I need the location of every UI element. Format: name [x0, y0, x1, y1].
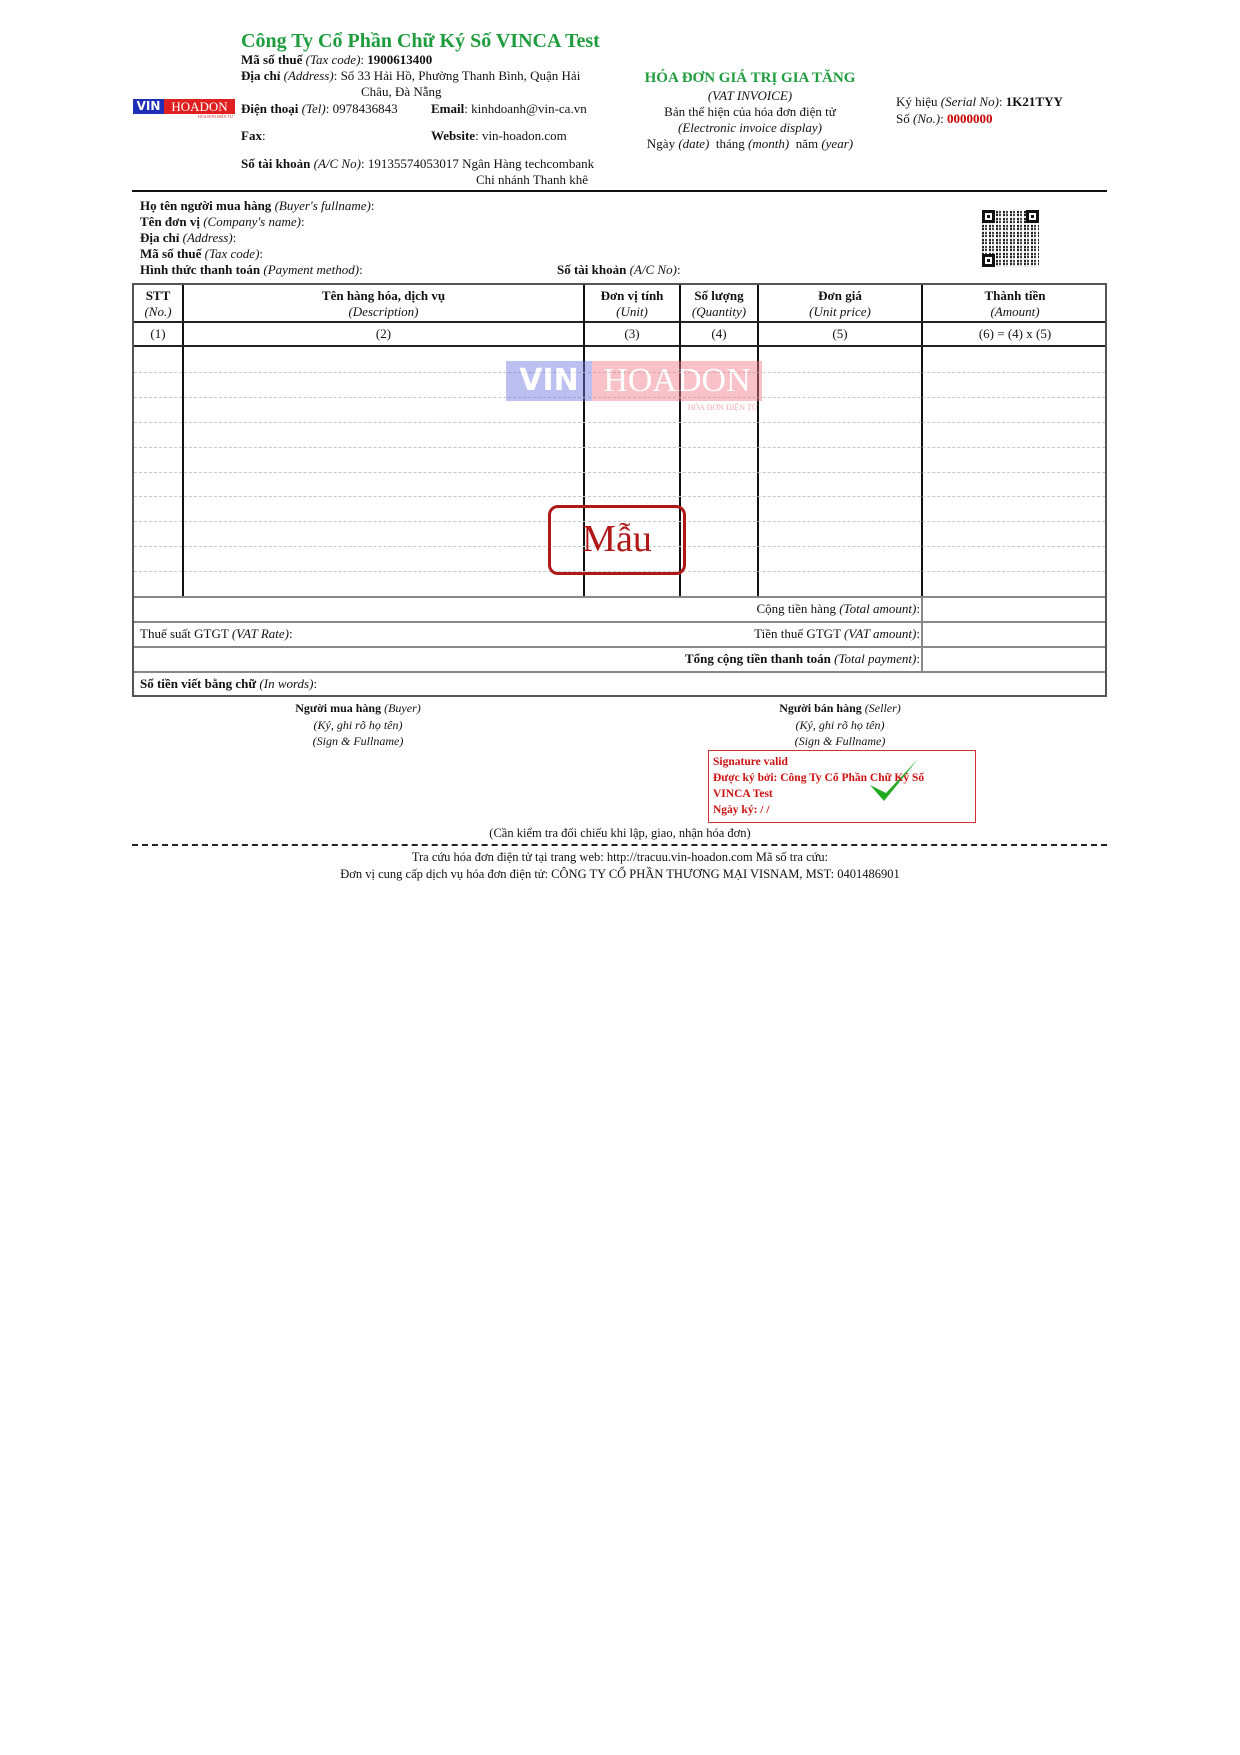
invoice-title-en: (VAT INVOICE) — [600, 88, 900, 104]
row-divider — [134, 671, 1105, 673]
seller-address-cont: Châu, Đà Nẵng — [361, 84, 442, 99]
vat-amount-label: Tiền thuế GTGT (VAT amount): — [754, 626, 920, 642]
col-header-quantity: Số lượng(Quantity) — [681, 288, 757, 320]
seller-tax-code-value: 1900613400 — [367, 52, 432, 67]
buyer-account: Số tài khoản (A/C No): — [557, 262, 681, 278]
signed-by: Được ký bởi: Công Ty Cổ Phần Chữ Ký Số — [713, 770, 971, 786]
seller-tax-code: Mã số thuế (Tax code): 1900613400 — [241, 52, 432, 67]
total-amount-label: Cộng tiền hàng (Total amount): — [757, 601, 920, 617]
col-index-2: (2) — [184, 326, 583, 342]
seller-account-branch: Chi nhánh Thanh khê — [476, 172, 588, 187]
invoice-title-block: HÓA ĐƠN GIÁ TRỊ GIA TĂNG (VAT INVOICE) B… — [600, 68, 900, 152]
sample-stamp: Mẫu — [548, 505, 686, 575]
signed-by-cont: VINCA Test — [713, 786, 971, 802]
invoice-number: Số (No.): 0000000 — [896, 110, 1063, 127]
logo-hoadon: HOADON — [164, 99, 235, 114]
col-index-1: (1) — [134, 326, 182, 342]
items-bottom-line — [134, 596, 1105, 598]
lookup-info: Tra cứu hóa đơn điện tử tại trang web: h… — [0, 850, 1240, 865]
item-row-separator — [134, 447, 1105, 448]
vat-rate-label: Thuế suất GTGT (VAT Rate): — [140, 626, 293, 642]
provider-info: Đơn vị cung cấp dịch vụ hóa đơn điện tử:… — [0, 867, 1240, 882]
footer-separator — [132, 844, 1107, 846]
digital-signature-box[interactable]: Signature valid Được ký bởi: Công Ty Cổ … — [708, 750, 976, 823]
invoice-date: Ngày (date) tháng (month) năm (year) — [600, 136, 900, 152]
logo-vin: VIN — [133, 99, 164, 114]
item-row-separator — [134, 496, 1105, 497]
col-header-description: Tên hàng hóa, dịch vụ(Description) — [184, 288, 583, 320]
seller-website: Website: vin-hoadon.com — [431, 128, 567, 143]
buyer-company: Tên đơn vị (Company's name): — [140, 214, 305, 230]
seller-company-name: Công Ty Cổ Phần Chữ Ký Số VINCA Test — [241, 30, 600, 53]
item-row-separator — [134, 472, 1105, 473]
seller-phone: Điện thoại (Tel): 0978436843 — [241, 101, 398, 116]
col-header-unit-price: Đơn giá(Unit price) — [759, 288, 921, 320]
col-header-unit: Đơn vị tính(Unit) — [585, 288, 679, 320]
header-divider — [132, 190, 1107, 192]
logo-tagline: HÓA ĐƠN ĐIỆN TỬ — [198, 114, 233, 119]
seller-fax: Fax: — [241, 128, 266, 143]
buyer-address: Địa chỉ (Address): — [140, 230, 236, 246]
in-words-label: Số tiền viết bằng chữ (In words): — [140, 676, 317, 692]
qr-code-icon — [982, 210, 1039, 267]
invoice-serial: Ký hiệu (Serial No): 1K21TYY — [896, 93, 1063, 110]
seller-account: Số tài khoản (A/C No): 19135574053017 Ng… — [241, 156, 594, 171]
col-index-6: (6) = (4) x (5) — [923, 326, 1107, 342]
index-divider-row — [134, 345, 1105, 347]
check-note: (Cần kiểm tra đối chiếu khi lập, giao, n… — [0, 826, 1240, 841]
col-divider — [921, 597, 923, 671]
buyer-signature-block: Người mua hàng (Buyer) (Ký, ghi rõ họ tê… — [258, 700, 458, 750]
col-index-4: (4) — [681, 326, 757, 342]
seller-signature-block: Người bán hàng (Seller) (Ký, ghi rõ họ t… — [740, 700, 940, 750]
total-payment-label: Tổng cộng tiền thanh toán (Total payment… — [685, 651, 920, 667]
vinhoadon-logo: VIN HOADON HÓA ĐƠN ĐIỆN TỬ — [133, 99, 235, 121]
col-header-no: STT(No.) — [134, 288, 182, 320]
invoice-items-table: STT(No.) Tên hàng hóa, dịch vụ(Descripti… — [132, 283, 1107, 697]
invoice-serial-block: Ký hiệu (Serial No): 1K21TYY Số (No.): 0… — [896, 93, 1063, 127]
col-index-5: (5) — [759, 326, 921, 342]
item-row-separator — [134, 422, 1105, 423]
col-header-amount: Thành tiền(Amount) — [923, 288, 1107, 320]
header-divider-row — [134, 321, 1105, 323]
signature-status: Signature valid — [713, 754, 971, 770]
buyer-tax-code: Mã số thuế (Tax code): — [140, 246, 263, 262]
seller-address: Địa chỉ (Address): Số 33 Hải Hồ, Phường … — [241, 68, 580, 83]
buyer-payment-method: Hình thức thanh toán (Payment method): — [140, 262, 363, 278]
seller-email: Email: kinhdoanh@vin-ca.vn — [431, 101, 587, 116]
row-divider — [134, 621, 1105, 623]
vinhoadon-watermark: VIN HOADON HÓA ĐƠN ĐIỆN TỬ — [506, 361, 766, 416]
col-index-3: (3) — [585, 326, 679, 342]
invoice-subtitle: Bản thể hiện của hóa đơn điện tử — [600, 104, 900, 120]
buyer-fullname: Họ tên người mua hàng (Buyer's fullname)… — [140, 198, 374, 214]
signed-date: Ngày ký: / / — [713, 802, 971, 818]
invoice-title: HÓA ĐƠN GIÁ TRỊ GIA TĂNG — [600, 68, 900, 88]
invoice-subtitle-en: (Electronic invoice display) — [600, 120, 900, 136]
row-divider — [134, 646, 1105, 648]
